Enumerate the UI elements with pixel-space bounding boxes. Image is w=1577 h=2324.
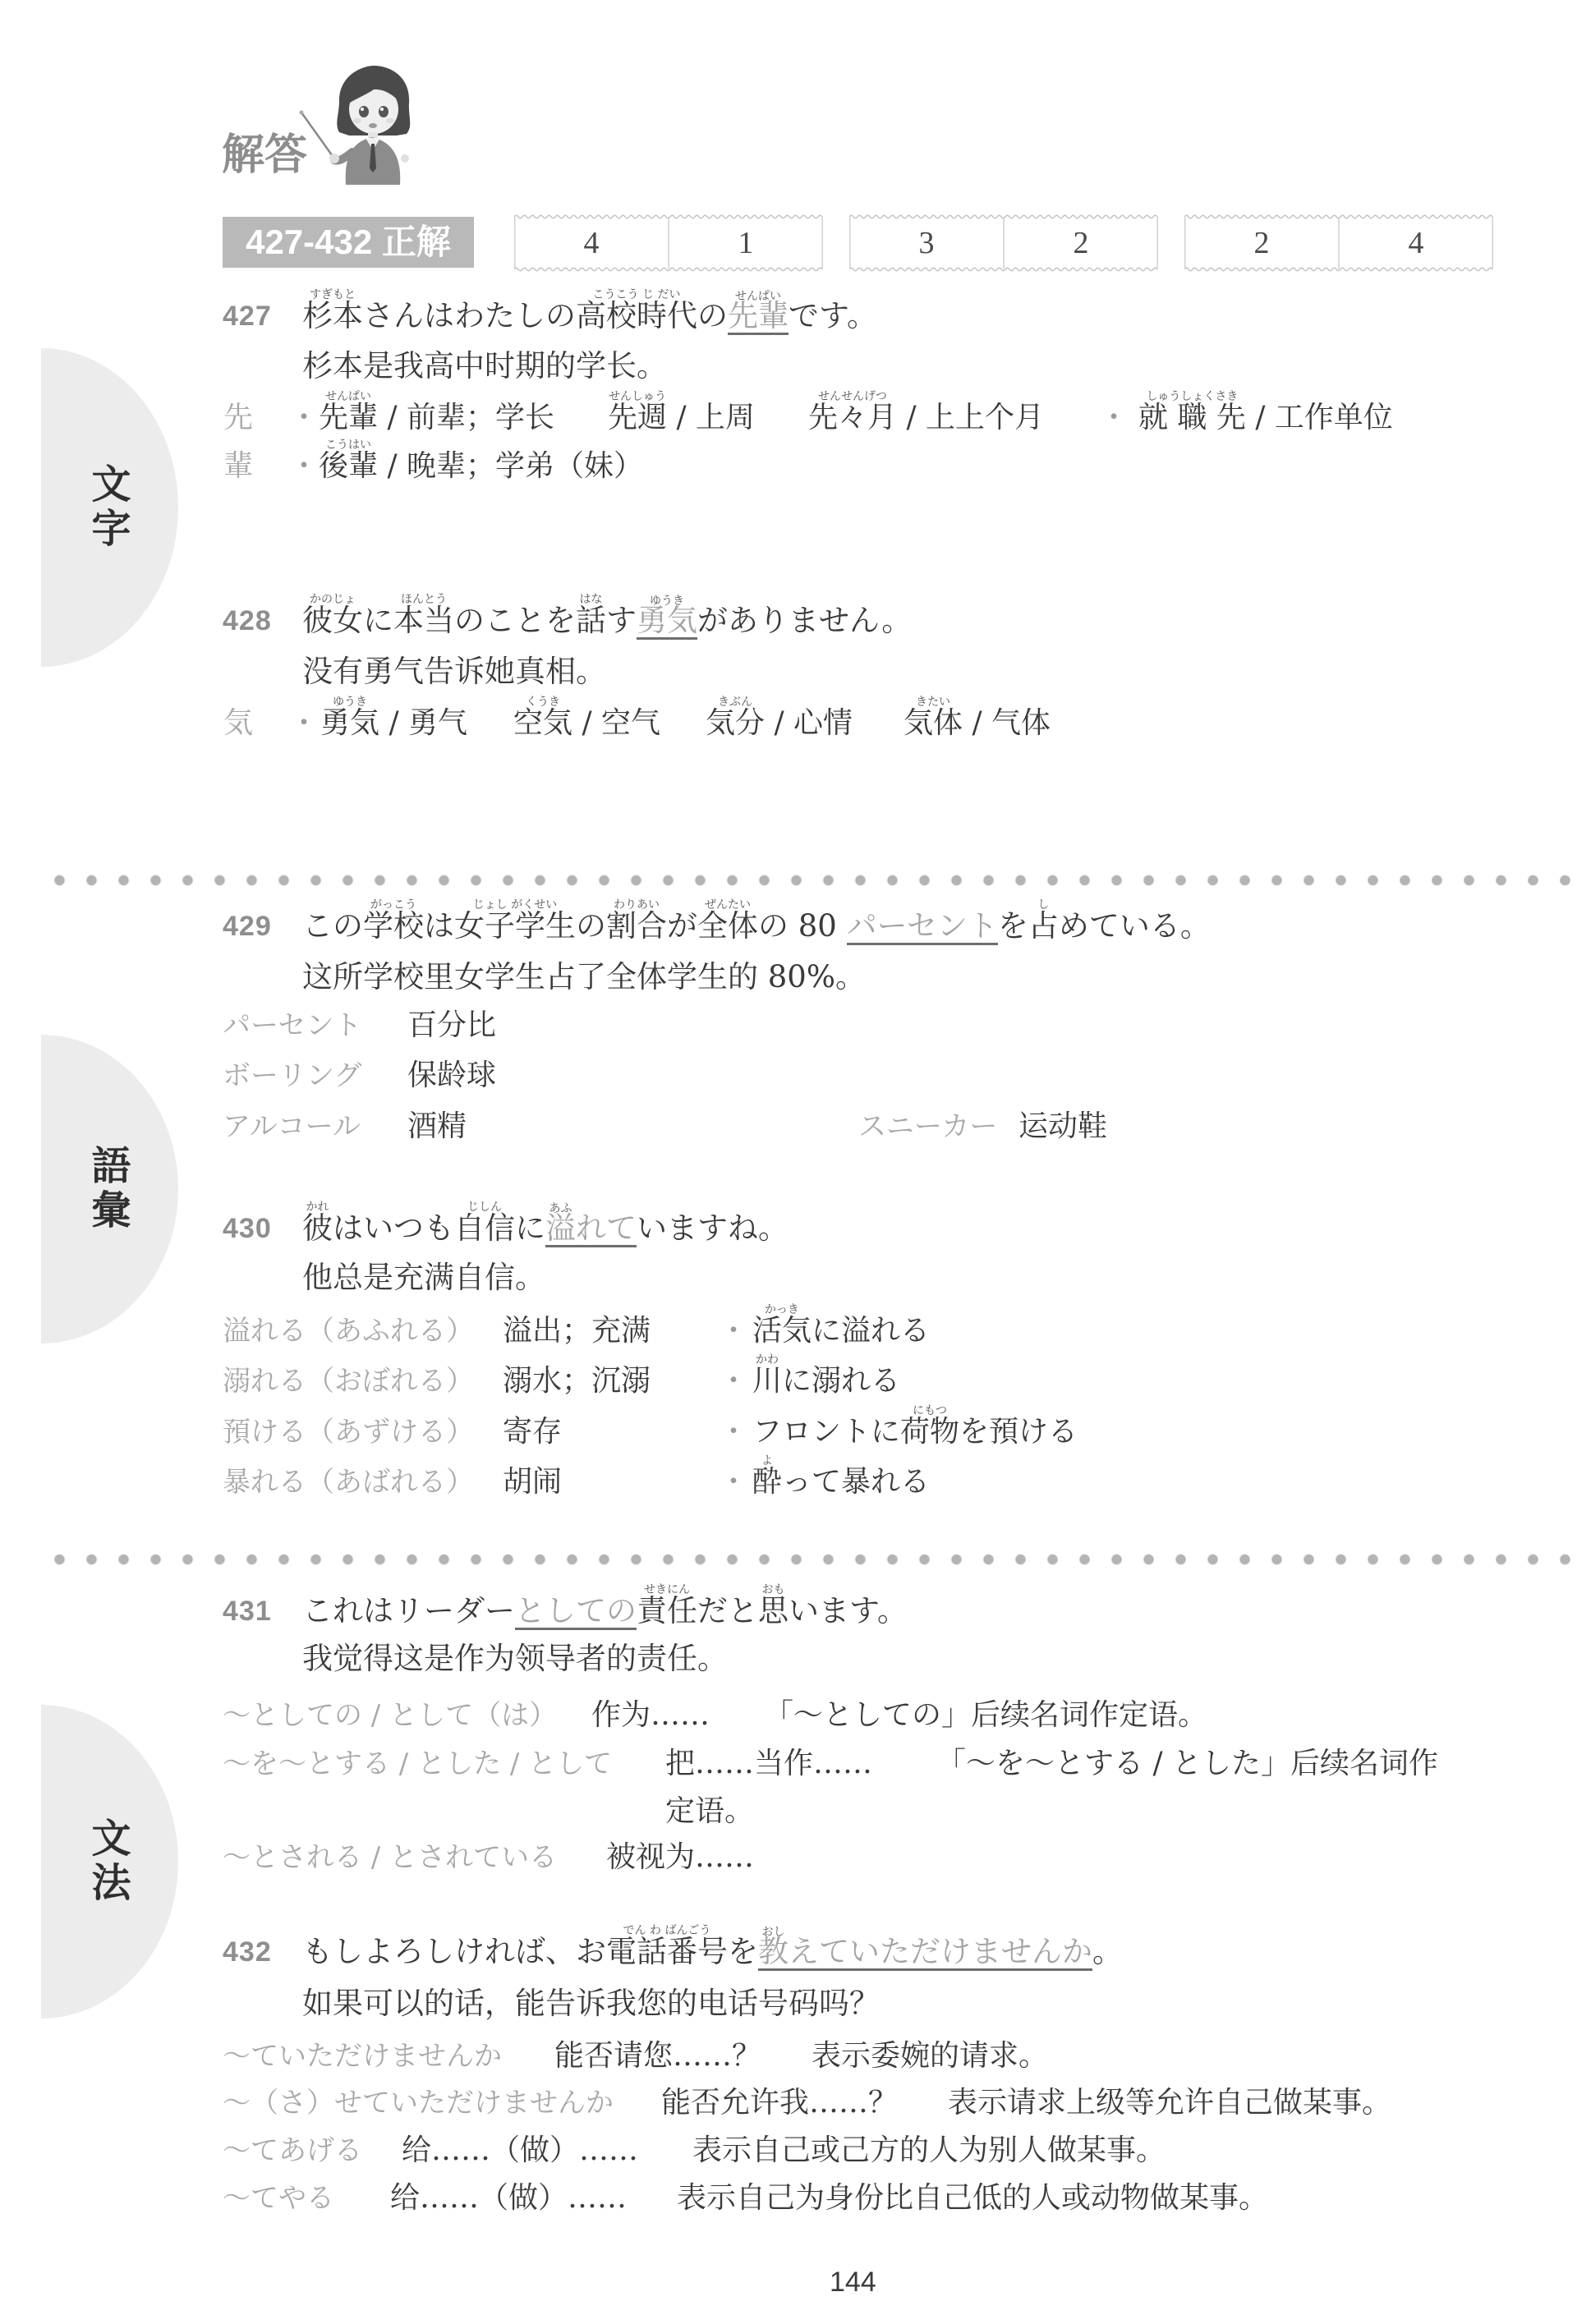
furigana: かっき xyxy=(720,1304,844,1316)
grammar-note: 表示请求上级等允许自己做某事。 xyxy=(948,2085,1391,2121)
vocab-term: ボーリング xyxy=(223,1058,361,1094)
word: 本当 xyxy=(393,603,454,638)
text: す xyxy=(606,603,637,638)
bullet: ・ xyxy=(719,1313,748,1349)
grammar-note: 表示委婉的请求。 xyxy=(811,2038,1048,2074)
text: を xyxy=(728,1934,758,1969)
meaning: / 心情 xyxy=(765,706,853,740)
word: 杉本 xyxy=(302,298,363,333)
word: 思 xyxy=(758,1593,788,1628)
answer-underline: としての xyxy=(515,1595,637,1630)
grammar-pattern: 〜ていただけませんか xyxy=(223,2038,502,2074)
ruby-word: せんしゅう先週 xyxy=(608,400,667,436)
grammar-row: 〜としての / として（は） 作为…… 「〜としての」后续名词作定语。 xyxy=(0,1697,1577,1734)
word-label: 預ける（あずける） xyxy=(223,1414,474,1450)
answer-range-label: 427-432 正解 xyxy=(223,217,474,268)
answer-underline: おし教えていただけませんか xyxy=(758,1936,1092,1971)
furigana: かれ xyxy=(269,1201,366,1213)
furigana: ゆうき xyxy=(287,696,412,708)
grammar-note-continued: 定语。 xyxy=(665,1794,754,1830)
question-number: 430 xyxy=(223,1210,272,1247)
note-item: くうき空気 / 空气 xyxy=(513,705,660,742)
ruby-word: すぎもと杉本 xyxy=(302,298,363,334)
grammar-meaning: 能否请您……？ xyxy=(554,2038,761,2074)
word: 先週 xyxy=(608,401,667,434)
grammar-pattern: 〜（さ）せていただけませんか xyxy=(223,2085,614,2121)
ruby-word: かれ彼 xyxy=(302,1210,333,1247)
grammar-note: 「〜を〜とする / とした」后续名词作 xyxy=(936,1746,1438,1782)
note-item: せんせんげつ先々月 / 上上个月 xyxy=(808,400,1044,436)
meaning: / 气体 xyxy=(963,706,1051,740)
text: って暴れる xyxy=(782,1465,930,1499)
question-number: 432 xyxy=(223,1934,272,1970)
word: 責任 xyxy=(637,1593,697,1628)
grammar-meaning: 把……当作…… xyxy=(665,1746,872,1782)
translation-427: 杉本是我高中时期的学长。 xyxy=(0,348,1577,384)
ruby-word: せきにん責任 xyxy=(637,1593,697,1629)
word: 川 xyxy=(752,1364,782,1398)
dotted-separator xyxy=(44,874,1577,887)
ruby-word: ゆうき勇気 xyxy=(637,604,697,637)
question-sentence: このがっこう学校はじょし がくせい女子学生のわりあい割合がぜんたい全体の 80 … xyxy=(302,908,1211,945)
text: は xyxy=(424,908,454,944)
word: 就 職 先 xyxy=(1138,401,1246,434)
text: はいつも xyxy=(333,1210,454,1246)
page-number: 144 xyxy=(830,2264,876,2300)
furigana: きぶん xyxy=(673,696,798,708)
furigana: せんしゅう xyxy=(575,391,700,402)
text: を預ける xyxy=(959,1415,1078,1449)
furigana: よ xyxy=(720,1455,815,1467)
word: えていただけませんか xyxy=(788,1934,1092,1969)
text: がありません。 xyxy=(697,603,912,638)
translation-432: 如果可以的话，能告诉我您的电话号码吗？ xyxy=(0,1986,1577,2022)
grammar-note: 「〜としての」后续名词作定语。 xyxy=(764,1697,1207,1734)
translation-text: 这所学校里女学生占了全体学生的 80%。 xyxy=(302,959,866,995)
ruby-word: はな話 xyxy=(576,603,606,639)
answer-group: 4 1 xyxy=(514,214,823,273)
text: めている。 xyxy=(1059,908,1211,944)
furigana: こうはい xyxy=(286,439,411,451)
grammar-pattern: 〜てやる xyxy=(223,2180,334,2216)
vocab-meaning: 酒精 xyxy=(407,1109,467,1145)
meaning: / 上上个月 xyxy=(897,401,1044,434)
furigana: ゆうき xyxy=(604,595,730,607)
ruby-word: きぶん気分 xyxy=(706,705,765,742)
question-sentence: すぎもと杉本さんはわたしのこうこう じ だい高校時代のせんぱい先輩です。 xyxy=(302,298,877,335)
furigana: せんぱい xyxy=(286,391,411,402)
text: の xyxy=(576,908,606,944)
kanji-note-row: 輩 ・ こうはい後輩 / 晚辈；学弟（妹） xyxy=(0,448,1577,485)
text: に xyxy=(515,1210,545,1246)
text: の 80 xyxy=(758,908,847,944)
answer-cell: 1 xyxy=(669,214,823,273)
text: もしよろしければ、お xyxy=(302,1934,606,1969)
word: れて xyxy=(576,1210,637,1246)
grammar-pattern: 〜を〜とする / とした / として xyxy=(223,1746,612,1782)
bullet: ・ xyxy=(289,705,319,742)
answer-underline: せんぱい先輩 xyxy=(728,300,788,335)
text: のことを xyxy=(454,603,576,638)
grammar-meaning: 能否允许我……？ xyxy=(661,2085,898,2121)
ruby-word: し占 xyxy=(1028,908,1059,944)
question-430: 430 かれ彼はいつもじしん自信にあふ溢れていますね。 xyxy=(0,1210,1577,1247)
furigana: おも xyxy=(725,1584,821,1596)
vocab-term: パーセント xyxy=(223,1008,361,1044)
translation-text: 如果可以的话，能告诉我您的电话号码吗？ xyxy=(302,1986,880,2022)
translation-429: 这所学校里女学生占了全体学生的 80%。 xyxy=(0,959,1577,995)
ruby-word: せんぱい先輩 xyxy=(319,400,378,436)
grammar-pattern: 〜とされる / とされている xyxy=(223,1839,557,1876)
text: に xyxy=(363,603,393,638)
ruby-word: おし教 xyxy=(758,1936,788,1968)
word: 空気 xyxy=(513,706,572,740)
word: 女子学生 xyxy=(454,908,576,944)
question-sentence: これはリーダーとしてのせきにん責任だとおも思います。 xyxy=(302,1593,908,1630)
vocab-meaning: 百分比 xyxy=(407,1008,496,1044)
ruby-word: こうこう じ だい高校時代 xyxy=(576,298,697,334)
word: 先輩 xyxy=(728,298,788,333)
grammar-note: 表示自己或己方的人为别人做某事。 xyxy=(692,2133,1166,2169)
ruby-word: ほんとう本当 xyxy=(393,603,454,639)
bullet: ・ xyxy=(1099,400,1129,436)
translation-430: 他总是充满自信。 xyxy=(0,1260,1577,1296)
word: 溢 xyxy=(545,1210,576,1246)
word: 話 xyxy=(576,603,606,638)
ruby-word: きたい気体 xyxy=(903,705,963,742)
text: の xyxy=(697,298,728,333)
kanji-note-row: 気 ・ ゆうき勇気 / 勇气 くうき空気 / 空气 きぶん気分 / 心情 きたい… xyxy=(0,705,1577,742)
word-meaning: 溢出；充满 xyxy=(503,1313,651,1349)
word-row: 預ける（あずける） 寄存 ・ フロントににもつ荷物を預ける xyxy=(0,1414,1577,1450)
word: 荷物 xyxy=(900,1415,959,1449)
question-428: 428 かのじょ彼女にほんとう本当のことをはな話すゆうき勇気がありません。 xyxy=(0,603,1577,639)
ruby-word: ぜんたい全体 xyxy=(697,908,758,944)
grammar-row: 〜とされる / とされている 被视为…… xyxy=(0,1839,1577,1876)
furigana: すぎもと xyxy=(269,289,396,301)
meaning: / 工作单位 xyxy=(1246,401,1393,434)
ruby-word: あふ溢 xyxy=(545,1212,576,1245)
furigana: し xyxy=(995,899,1092,911)
ruby-word: でん わ ばんごう電話番号 xyxy=(606,1934,728,1970)
word-row: 溢れる（あふれる） 溢出；充满 ・ かっき活気に溢れる xyxy=(0,1313,1577,1349)
word: 割合 xyxy=(606,908,667,944)
ruby-word: じょし がくせい女子学生 xyxy=(454,908,576,944)
ruby-word: がっこう学校 xyxy=(363,908,424,944)
question-sentence: かのじょ彼女にほんとう本当のことをはな話すゆうき勇気がありません。 xyxy=(302,603,912,640)
vocab-row: ボーリング 保龄球 xyxy=(0,1058,1577,1094)
text: だと xyxy=(697,1593,758,1628)
bullet: ・ xyxy=(289,400,319,436)
answer-cell: 2 xyxy=(1004,214,1158,273)
answer-cell: 4 xyxy=(514,214,669,273)
word: 電話番号 xyxy=(606,1934,728,1969)
question-number: 428 xyxy=(223,603,272,639)
word-example: かっき活気に溢れる xyxy=(752,1313,930,1349)
word: としての xyxy=(515,1593,637,1628)
note-item: しゅうしょくさき就 職 先 / 工作单位 xyxy=(1138,400,1393,436)
text: に溢れる xyxy=(811,1314,930,1348)
furigana: おし xyxy=(725,1927,821,1938)
furigana: ほんとう xyxy=(361,594,487,605)
text: これはリーダー xyxy=(302,1593,515,1628)
furigana: あふ xyxy=(513,1203,609,1215)
kanji-label: 輩 xyxy=(223,448,253,485)
furigana: にもつ xyxy=(867,1405,992,1417)
ruby-word: わりあい割合 xyxy=(606,908,667,944)
word: 彼女 xyxy=(302,603,363,638)
word: 後輩 xyxy=(319,449,378,483)
ruby-word: おも思 xyxy=(758,1593,788,1629)
vocab-meaning: 保龄球 xyxy=(407,1058,496,1094)
grammar-meaning: 给……（做）…… xyxy=(402,2133,638,2169)
kanji-label: 先 xyxy=(223,400,253,436)
question-427: 427 すぎもと杉本さんはわたしのこうこう じ だい高校時代のせんぱい先輩です。 xyxy=(0,298,1577,334)
question-sentence: もしよろしければ、おでん わ ばんごう電話番号をおし教えていただけませんか。 xyxy=(302,1934,1123,1971)
furigana: せんせんげつ xyxy=(775,391,930,402)
answer-underline: ゆうき勇気 xyxy=(637,604,697,640)
word-meaning: 溺水；沉溺 xyxy=(503,1363,651,1399)
answer-underline: あふ溢れて xyxy=(545,1212,637,1247)
word: 全体 xyxy=(697,908,758,944)
text: に溺れる xyxy=(782,1364,900,1398)
answer-cell: 2 xyxy=(1184,214,1339,273)
word: 自信 xyxy=(454,1210,515,1246)
vocab-meaning: 运动鞋 xyxy=(1018,1109,1107,1145)
translation-text: 杉本是我高中时期的学长。 xyxy=(302,348,667,384)
word: 占 xyxy=(1028,908,1059,944)
ruby-word: かっき活気 xyxy=(752,1313,811,1349)
word: パーセント xyxy=(847,908,998,944)
answer-cell: 4 xyxy=(1339,214,1493,273)
note-item: きぶん気分 / 心情 xyxy=(706,705,853,742)
ruby-word: じしん自信 xyxy=(454,1210,515,1247)
meaning: / 上周 xyxy=(667,401,755,434)
meaning: / 空气 xyxy=(572,706,660,740)
furigana: きたい xyxy=(871,696,995,708)
question-432: 432 もしよろしければ、おでん わ ばんごう電話番号をおし教えていただけません… xyxy=(0,1934,1577,1970)
answer-group: 3 2 xyxy=(849,214,1158,273)
ruby-word: にもつ荷物 xyxy=(900,1414,959,1450)
text: が xyxy=(667,908,697,944)
text: この xyxy=(302,908,363,944)
teacher-girl-illustration-icon xyxy=(292,62,423,193)
word: 気体 xyxy=(903,706,963,740)
bullet: ・ xyxy=(719,1363,748,1399)
word-example: フロントににもつ荷物を預ける xyxy=(752,1414,1078,1450)
furigana: せきにん xyxy=(604,1584,730,1596)
furigana: ぜんたい xyxy=(664,899,791,911)
kanji-label: 気 xyxy=(223,705,253,742)
word: 先々月 xyxy=(808,401,897,434)
word: 先輩 xyxy=(319,401,378,434)
word: 勇気 xyxy=(637,603,697,638)
question-number: 429 xyxy=(223,908,272,944)
word: 教 xyxy=(758,1934,788,1969)
grammar-row: 〜（さ）せていただけませんか 能否允许我……？ 表示请求上级等允许自己做某事。 xyxy=(0,2085,1577,2121)
word-label: 溢れる（あふれる） xyxy=(223,1313,474,1349)
word-label: 溺れる（おぼれる） xyxy=(223,1363,474,1399)
furigana: せんぱい xyxy=(695,291,821,302)
note-item: きたい気体 / 气体 xyxy=(903,705,1051,742)
ruby-word: よ酔 xyxy=(752,1464,782,1500)
text: いますね。 xyxy=(637,1210,788,1246)
ruby-word: せんぱい先輩 xyxy=(728,300,788,333)
word-row: 暴れる（あばれる） 胡闹 ・ よ酔って暴れる xyxy=(0,1464,1577,1500)
grammar-note: 表示自己为身份比自己低的人或动物做某事。 xyxy=(677,2180,1268,2216)
word: 彼 xyxy=(302,1210,333,1246)
ruby-word: ゆうき勇気 xyxy=(320,705,379,742)
translation-text: 我觉得这是作为领导者的责任。 xyxy=(302,1641,728,1677)
ruby-word: せんせんげつ先々月 xyxy=(808,400,897,436)
ruby-word: かわ川 xyxy=(752,1363,782,1399)
furigana: かわ xyxy=(720,1354,815,1366)
answer-underline: パーセント xyxy=(847,910,998,945)
page: 文字 語彙 文法 解答 427-432 正解 xyxy=(0,0,1577,2324)
dotted-separator xyxy=(44,1553,1577,1566)
vocab-term: スニーカー xyxy=(858,1109,997,1145)
word: 勇気 xyxy=(320,706,379,740)
note-item: せんしゅう先週 / 上周 xyxy=(608,400,755,436)
vocab-row: パーセント 百分比 xyxy=(0,1008,1577,1044)
word-label: 暴れる（あばれる） xyxy=(223,1464,474,1500)
translation-431: 我觉得这是作为领导者的责任。 xyxy=(0,1641,1577,1677)
answer-cell: 3 xyxy=(849,214,1004,273)
note-item: ゆうき勇気 / 勇气 xyxy=(320,705,467,742)
word: 高校時代 xyxy=(576,298,697,333)
word: 気分 xyxy=(706,706,765,740)
grammar-pattern: 〜としての / として（は） xyxy=(223,1697,557,1734)
question-number: 427 xyxy=(223,298,272,334)
meaning: / 晚辈；学弟（妹） xyxy=(378,449,643,483)
text: です。 xyxy=(788,298,877,333)
furigana: くうき xyxy=(480,696,605,708)
ruby-word: しゅうしょくさき就 職 先 xyxy=(1138,400,1246,436)
text: さんはわたしの xyxy=(363,298,576,333)
ruby-word: かのじょ彼女 xyxy=(302,603,363,639)
translation-text: 他总是充满自信。 xyxy=(302,1260,545,1296)
grammar-row: 〜ていただけませんか 能否请您……？ 表示委婉的请求。 xyxy=(0,2038,1577,2074)
grammar-meaning: 给……（做）…… xyxy=(390,2180,627,2216)
vocab-term: アルコール xyxy=(223,1109,361,1145)
text: フロントに xyxy=(752,1415,900,1449)
note-item: こうはい後輩 / 晚辈；学弟（妹） xyxy=(319,448,643,485)
translation-428: 没有勇气告诉她真相。 xyxy=(0,654,1577,690)
furigana: しゅうしょくさき xyxy=(1106,391,1279,402)
question-sentence: かれ彼はいつもじしん自信にあふ溢れていますね。 xyxy=(302,1210,788,1247)
translation-text: 没有勇气告诉她真相。 xyxy=(302,654,606,690)
word-example: よ酔って暴れる xyxy=(752,1464,930,1500)
grammar-meaning: 被视为…… xyxy=(606,1839,754,1876)
grammar-row-continued: 定语。 xyxy=(0,1794,1577,1830)
question-number: 431 xyxy=(223,1593,272,1629)
bullet: ・ xyxy=(719,1414,748,1450)
grammar-pattern: 〜てあげる xyxy=(223,2133,362,2169)
bullet: ・ xyxy=(719,1464,748,1500)
word-meaning: 胡闹 xyxy=(503,1464,562,1500)
word: 活気 xyxy=(752,1314,811,1348)
ruby-word: こうはい後輩 xyxy=(319,448,378,485)
text: 。 xyxy=(1092,1934,1123,1969)
word-row: 溺れる（おぼれる） 溺水；沉溺 ・ かわ川に溺れる xyxy=(0,1363,1577,1399)
word: 学校 xyxy=(363,908,424,944)
grammar-row: 〜てあげる 给……（做）…… 表示自己或己方的人为别人做某事。 xyxy=(0,2133,1577,2169)
ruby-word: くうき空気 xyxy=(513,705,572,742)
grammar-row: 〜てやる 给……（做）…… 表示自己为身份比自己低的人或动物做某事。 xyxy=(0,2180,1577,2216)
question-429: 429 このがっこう学校はじょし がくせい女子学生のわりあい割合がぜんたい全体の… xyxy=(0,908,1577,944)
grammar-row: 〜を〜とする / とした / として 把……当作…… 「〜を〜とする / とした… xyxy=(0,1746,1577,1782)
word-meaning: 寄存 xyxy=(503,1414,562,1450)
grammar-meaning: 作为…… xyxy=(591,1697,710,1734)
question-431: 431 これはリーダーとしてのせきにん責任だとおも思います。 xyxy=(0,1593,1577,1629)
word: 酔 xyxy=(752,1465,782,1499)
answer-group: 2 4 xyxy=(1184,214,1493,273)
meaning: / 前辈；学长 xyxy=(378,401,554,434)
text: を xyxy=(998,908,1028,944)
bullet: ・ xyxy=(289,448,319,485)
meaning: / 勇气 xyxy=(379,706,467,740)
kanji-note-row: 先 ・ せんぱい先輩 / 前辈；学长 せんしゅう先週 / 上周 せんせんげつ先々… xyxy=(0,400,1577,436)
word-example: かわ川に溺れる xyxy=(752,1363,900,1399)
text: います。 xyxy=(788,1593,908,1628)
vocab-row: アルコール 酒精 スニーカー 运动鞋 xyxy=(0,1109,1577,1145)
note-item: せんぱい先輩 / 前辈；学长 xyxy=(319,400,554,436)
